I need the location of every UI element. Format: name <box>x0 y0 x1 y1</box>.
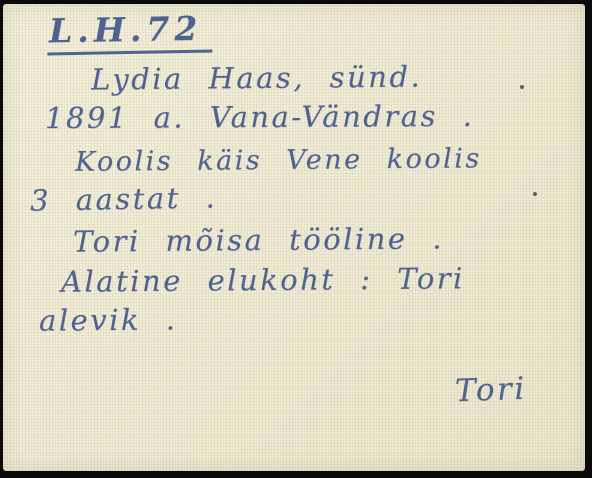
ink-speck <box>533 192 537 196</box>
handwritten-line-birth: 1891 a. Vana-Vändras . <box>45 99 474 135</box>
signature: Tori <box>454 371 527 409</box>
archive-code: L.H.72 <box>47 9 213 56</box>
scan-background: L.H.72 Lydia Haas, sünd. 1891 a. Vana-Vä… <box>0 0 592 478</box>
handwritten-line-residence-cont: alevik . <box>39 302 178 337</box>
handwritten-line-school: Koolis käis Vene koolis <box>75 143 482 178</box>
handwritten-line-occupation: Tori mõisa tööline . <box>73 221 444 258</box>
handwritten-line-years: 3 aastat . <box>30 180 218 217</box>
handwritten-line-name: Lydia Haas, sünd. <box>91 60 422 97</box>
ink-speck <box>520 85 524 89</box>
handwritten-line-residence: Alatine elukoht : Tori <box>61 261 465 299</box>
index-card: L.H.72 Lydia Haas, sünd. 1891 a. Vana-Vä… <box>3 4 585 471</box>
